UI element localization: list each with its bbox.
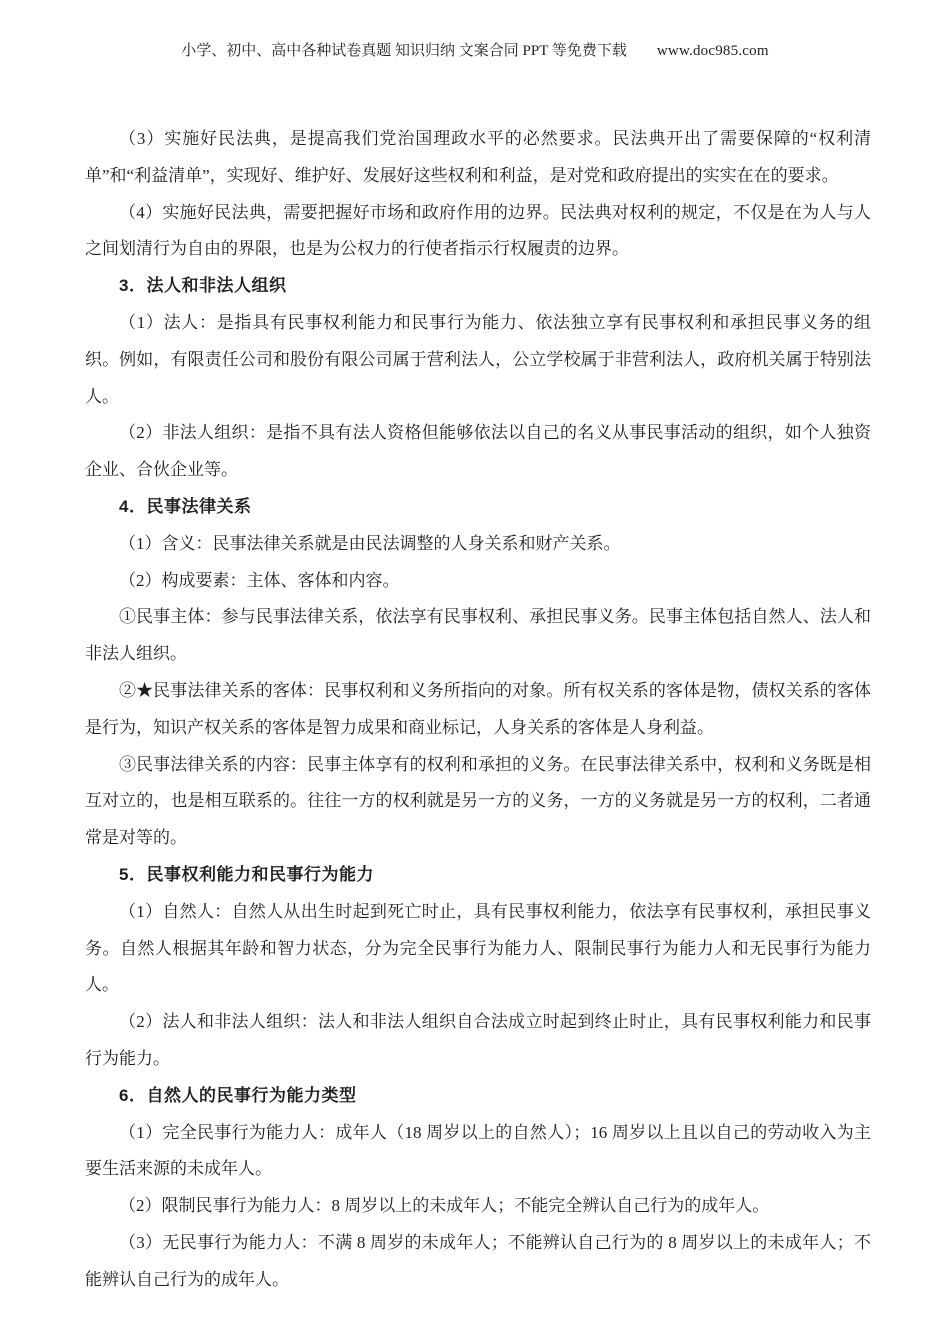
section-heading-5: 5．民事权利能力和民事行为能力 <box>85 857 871 894</box>
paragraph: ①民事主体：参与民事法律关系，依法享有民事权利、承担民事义务。民事主体包括自然人… <box>85 599 871 673</box>
paragraph: （3）无民事行为能力人：不满 8 周岁的未成年人；不能辨认自己行为的 8 周岁以… <box>85 1225 871 1299</box>
paragraph: （2）构成要素：主体、客体和内容。 <box>85 563 871 600</box>
paragraph: （4）实施好民法典，需要把握好市场和政府作用的边界。民法典对权利的规定，不仅是在… <box>85 195 871 269</box>
document-page: 小学、初中、高中各种试卷真题 知识归纳 文案合同 PPT 等免费下载www.do… <box>0 0 950 1344</box>
paragraph: （1）完全民事行为能力人：成年人（18 周岁以上的自然人）；16 周岁以上且以自… <box>85 1115 871 1189</box>
section-heading-6: 6．自然人的民事行为能力类型 <box>85 1078 871 1115</box>
paragraph: （2）限制民事行为能力人：8 周岁以上的未成年人；不能完全辨认自己行为的成年人。 <box>85 1188 871 1225</box>
paragraph: ②★民事法律关系的客体：民事权利和义务所指向的对象。所有权关系的客体是物，债权关… <box>85 673 871 747</box>
header-site-url: www.doc985.com <box>657 43 769 59</box>
page-header: 小学、初中、高中各种试卷真题 知识归纳 文案合同 PPT 等免费下载www.do… <box>0 40 950 62</box>
section-heading-4: 4．民事法律关系 <box>85 489 871 526</box>
paragraph: （3）实施好民法典，是提高我们党治国理政水平的必然要求。民法典开出了需要保障的“… <box>85 121 871 195</box>
paragraph: （1）含义：民事法律关系就是由民法调整的人身关系和财产关系。 <box>85 526 871 563</box>
document-body: （3）实施好民法典，是提高我们党治国理政水平的必然要求。民法典开出了需要保障的“… <box>85 121 871 1299</box>
paragraph: （1）法人：是指具有民事权利能力和民事行为能力、依法独立享有民事权利和承担民事义… <box>85 305 871 415</box>
paragraph: ③民事法律关系的内容：民事主体享有的权利和承担的义务。在民事法律关系中，权利和义… <box>85 747 871 857</box>
paragraph: （2）非法人组织：是指不具有法人资格但能够依法以自己的名义从事民事活动的组织，如… <box>85 415 871 489</box>
paragraph: （1）自然人：自然人从出生时起到死亡时止，具有民事权利能力，依法享有民事权利，承… <box>85 894 871 1004</box>
paragraph: （2）法人和非法人组织：法人和非法人组织自合法成立时起到终止时止，具有民事权利能… <box>85 1004 871 1078</box>
section-heading-3: 3．法人和非法人组织 <box>85 268 871 305</box>
header-download-text: 小学、初中、高中各种试卷真题 知识归纳 文案合同 PPT 等免费下载 <box>181 43 627 59</box>
